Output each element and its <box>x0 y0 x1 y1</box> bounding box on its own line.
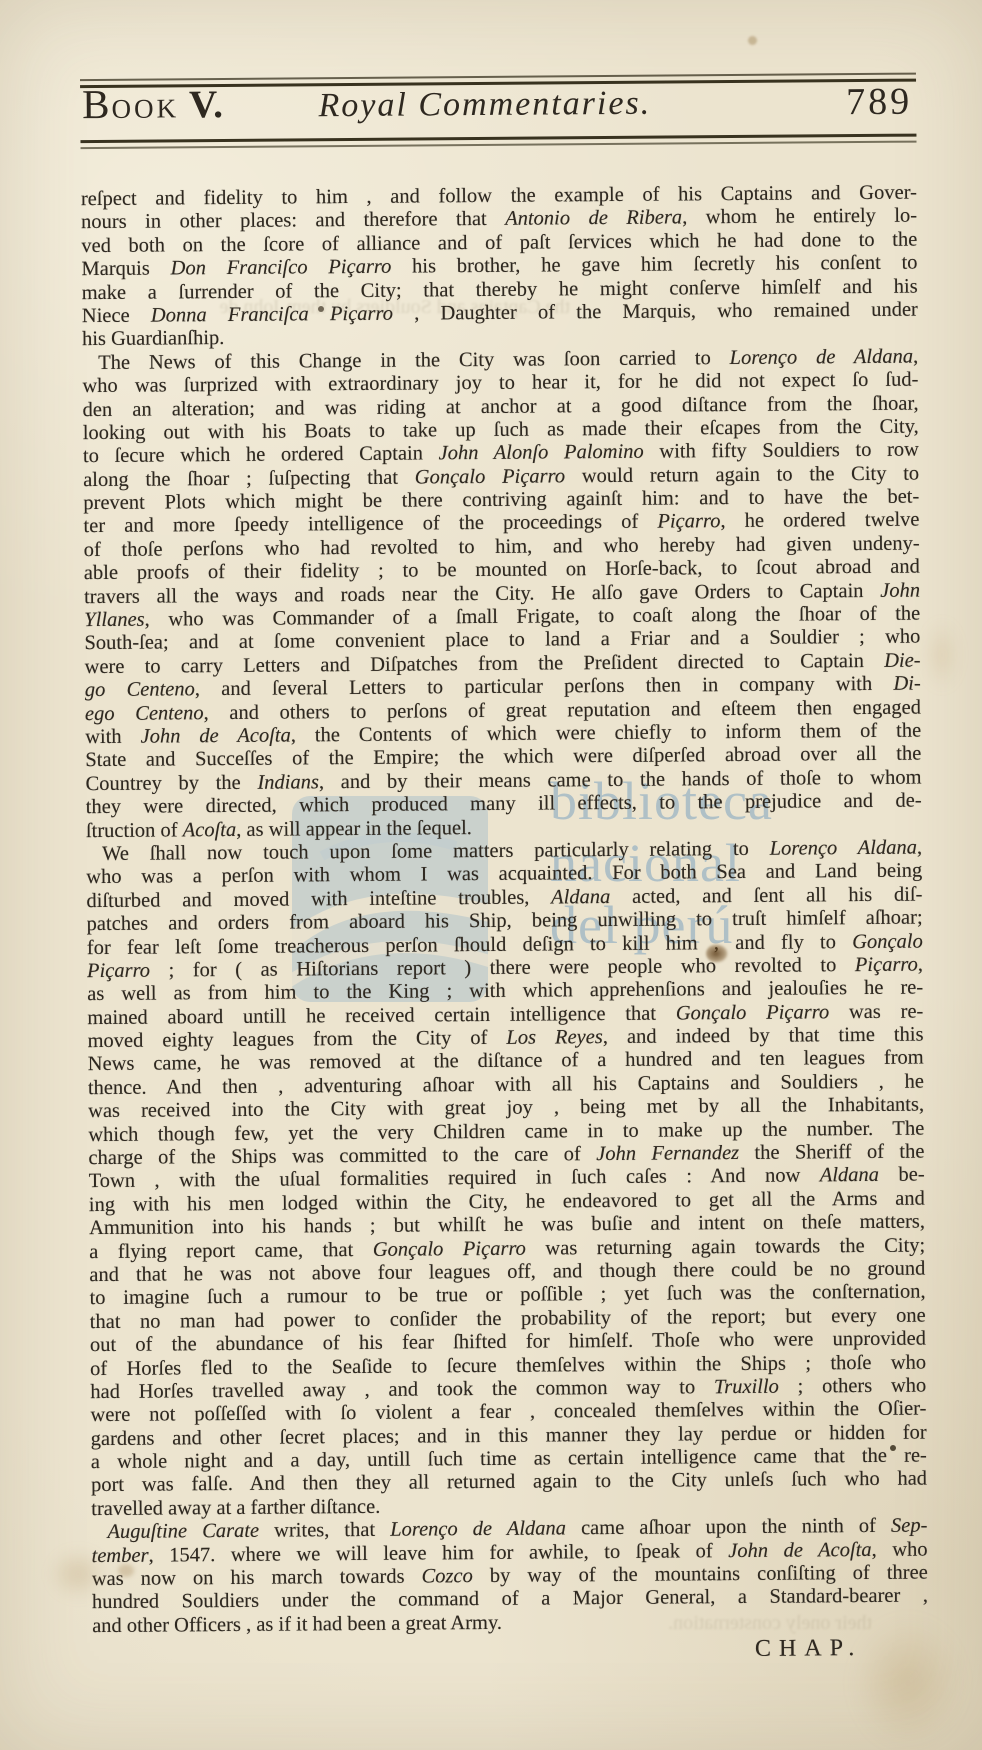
scanned-book-page: biblioteca nacional del perú the Captain… <box>0 0 982 1750</box>
paper-stain <box>925 620 959 690</box>
body-text: reſpect and fidelity to him , and follow… <box>81 182 928 1639</box>
book-label-numeral: V. <box>189 83 224 126</box>
book-label-initial: B <box>82 81 112 127</box>
paragraph: reſpect and fidelity to him , and follow… <box>81 182 918 352</box>
running-header: BOOKV. Royal Commentaries. 789 <box>80 78 916 129</box>
book-label-smallcaps: OOK <box>111 93 179 124</box>
paragraph: Auguſtine Carate writes, that Lorenço de… <box>91 1515 928 1639</box>
page-title: Royal Commentaries. <box>318 85 651 126</box>
paper-speck <box>748 36 757 45</box>
book-label: BOOKV. <box>82 79 224 128</box>
page-number: 789 <box>846 80 912 125</box>
paragraph: We ſhall now touch upon ſome matters par… <box>86 836 927 1521</box>
catchword: CHAP. <box>92 1635 928 1669</box>
paragraph: The News of this Change in the City was … <box>82 345 922 843</box>
